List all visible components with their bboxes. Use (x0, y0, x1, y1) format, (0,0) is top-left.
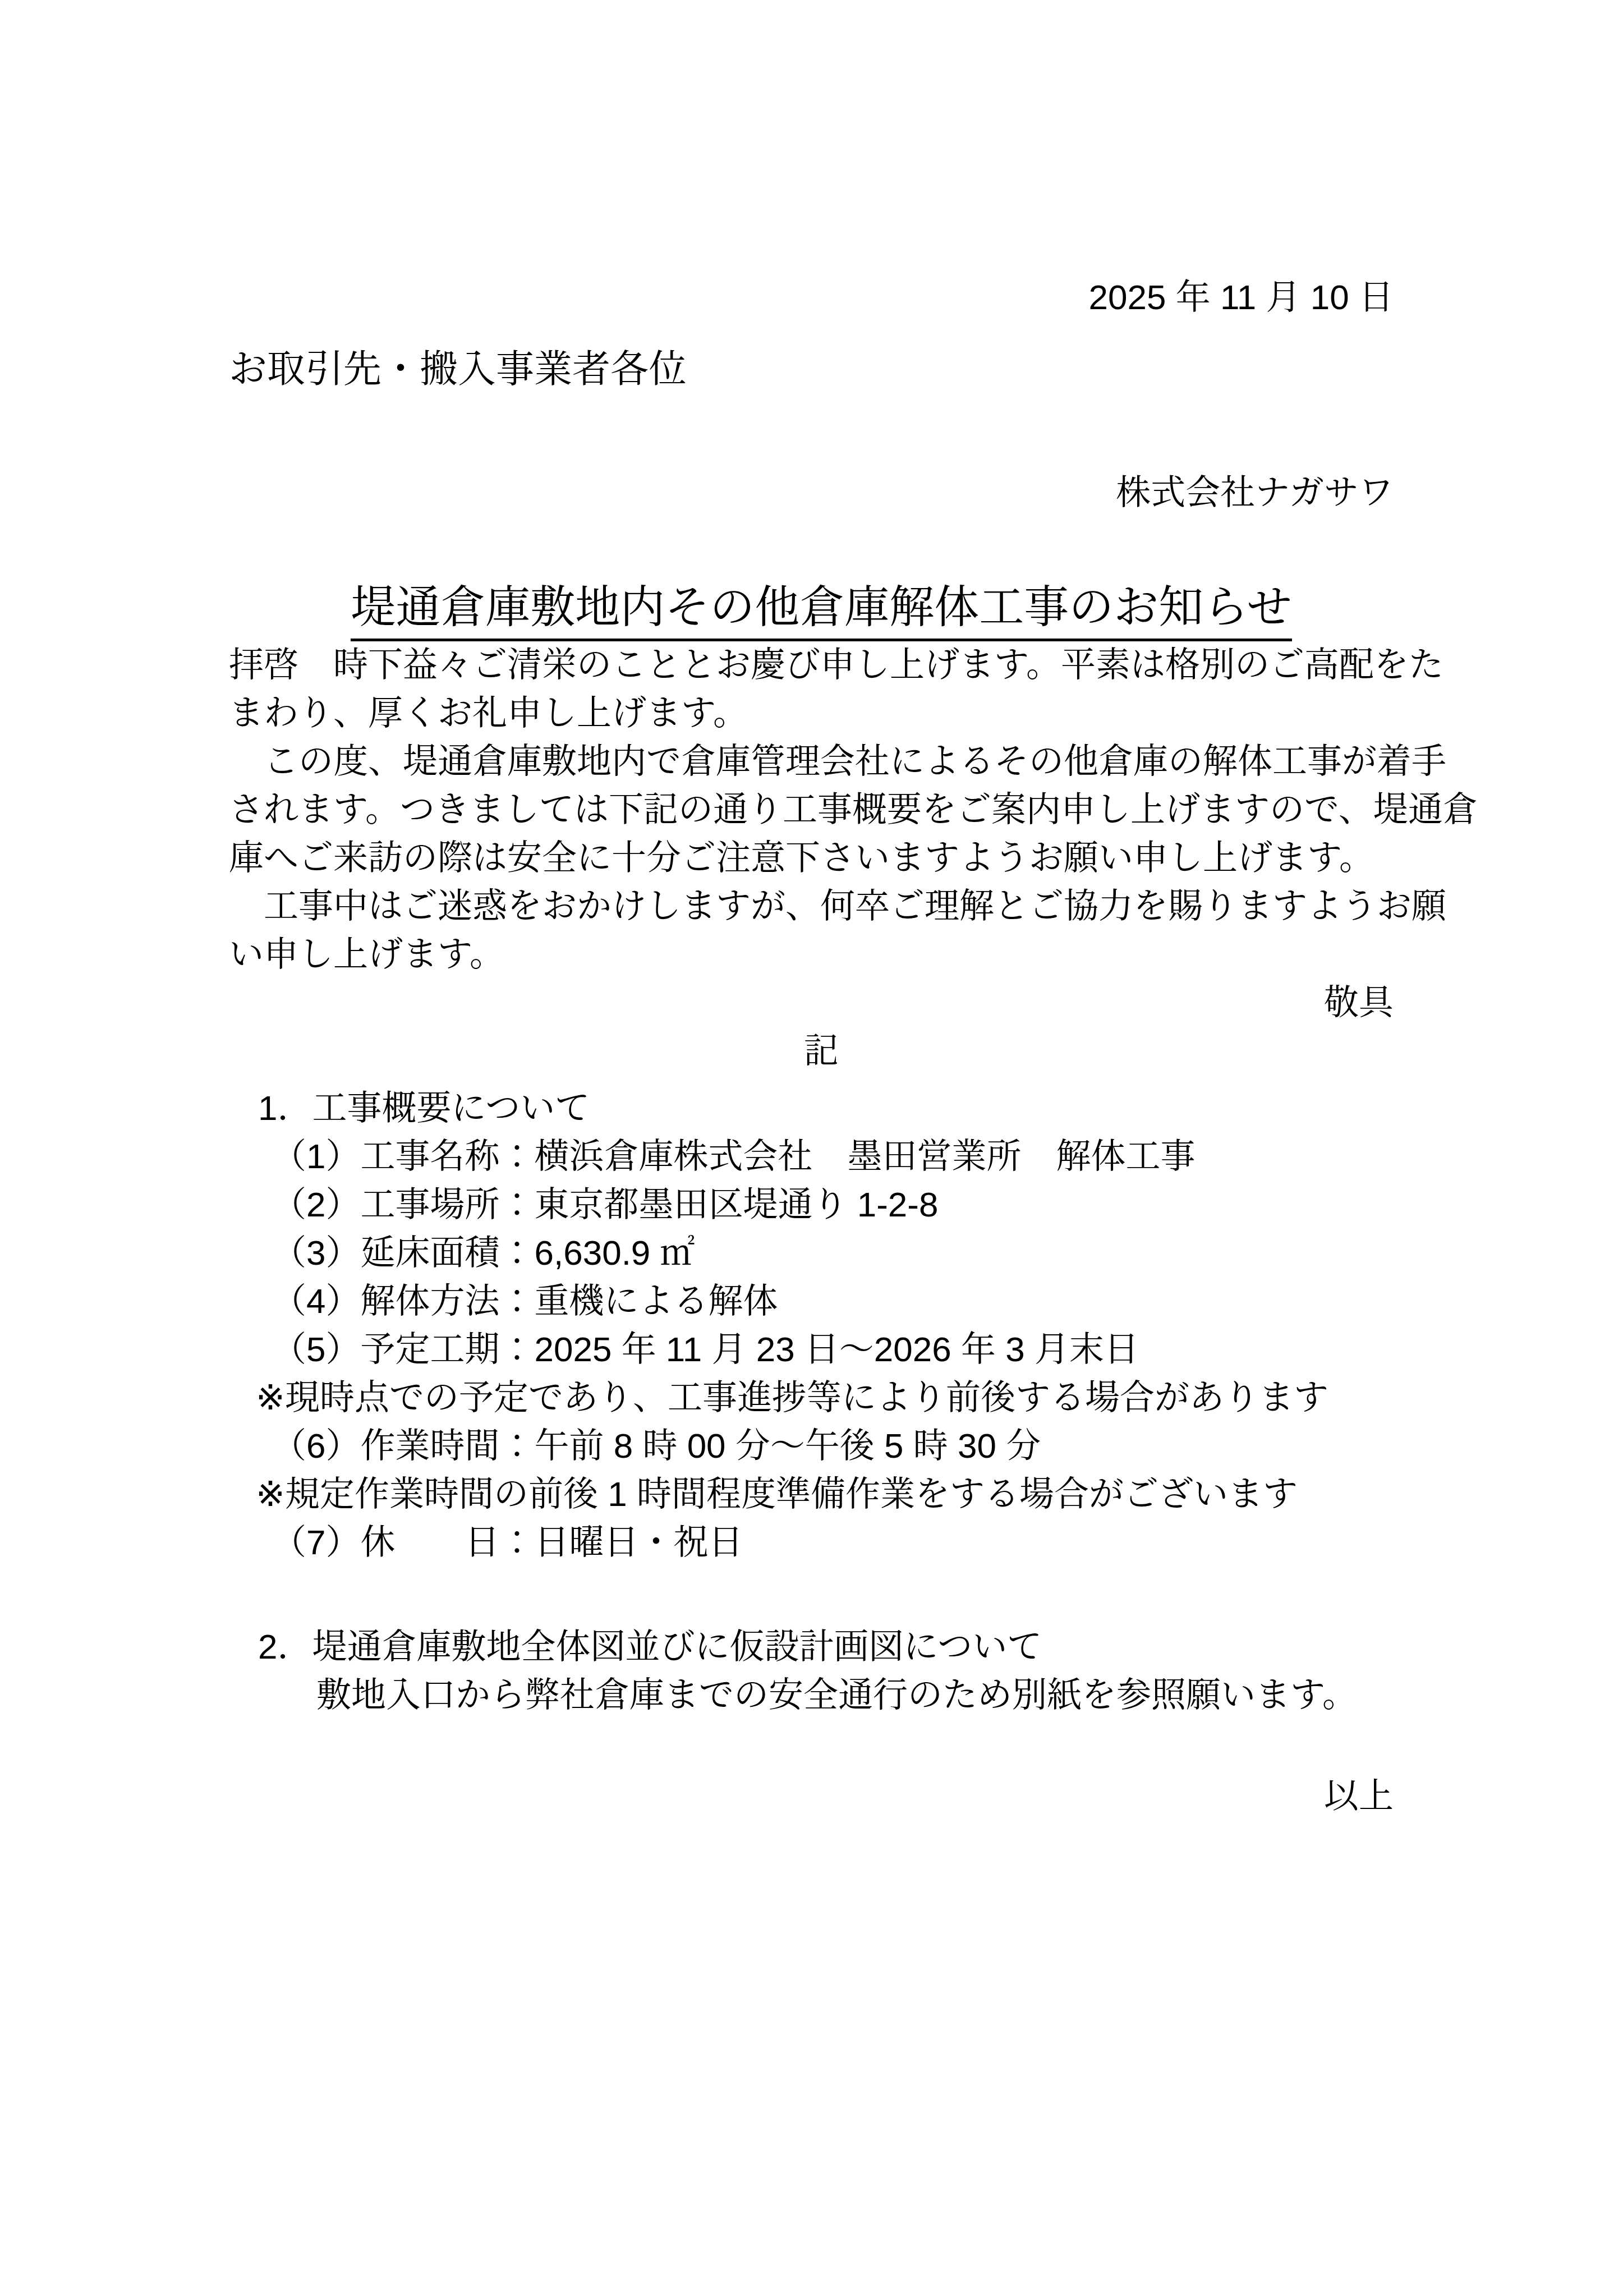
request-paragraph: 工事中はご迷惑をおかけしますが、何卒ご理解とご協力を賜りますようお願い申し上げま… (229, 883, 1414, 979)
section2-body: 敷地入口から弊社倉庫までの安全通行のため別紙を参照願います。 (229, 1672, 1414, 1720)
work-overview-items: （1）工事名称：横浜倉庫株式会社 墨田営業所 解体工事（2）工事場所：東京都墨田… (229, 1133, 1414, 1567)
greeting-line: まわり、厚くお礼申し上げます。 (229, 690, 1414, 738)
work-overview-item: （5）予定工期：2025 年 11 月 23 日～2026 年 3 月末日 (229, 1326, 1414, 1374)
request-line: 工事中はご迷惑をおかけしますが、何卒ご理解とご協力を賜りますようお願 (229, 883, 1414, 931)
addressee-line: お取引先・搬入事業者各位 (229, 342, 1414, 396)
greeting-paragraph: 拝啓 時下益々ご清栄のこととお慶び申し上げます。平素は格別のご高配をたまわり、厚… (229, 641, 1414, 738)
section-work-overview: 1．工事概要について （1）工事名称：横浜倉庫株式会社 墨田営業所 解体工事（2… (229, 1085, 1414, 1567)
work-overview-item: （2）工事場所：東京都墨田区堤通り 1-2-8 (229, 1181, 1414, 1229)
announcement-line: 庫へご来訪の際は安全に十分ご注意下さいますようお願い申し上げます。 (229, 834, 1414, 883)
end-marker: 以上 (229, 1772, 1414, 1821)
document-date: 2025 年 11 月 10 日 (229, 274, 1414, 322)
work-overview-item: （3）延床面積：6,630.9 ㎡ (229, 1229, 1414, 1278)
work-overview-item: ※規定作業時間の前後 1 時間程度準備作業をする場合がございます (229, 1471, 1414, 1519)
announcement-paragraph: この度、堤通倉庫敷地内で倉庫管理会社によるその他倉庫の解体工事が着手されます。つ… (229, 738, 1414, 883)
letter-content: 2025 年 11 月 10 日 お取引先・搬入事業者各位 株式会社ナガサワ 堤… (229, 274, 1414, 1821)
work-overview-item: （7）休 日：日曜日・祝日 (229, 1519, 1414, 1567)
document-title: 堤通倉庫敷地内その他倉庫解体工事のお知らせ (351, 581, 1292, 641)
work-overview-item: ※現時点での予定であり、工事進捗等により前後する場合があります (229, 1374, 1414, 1422)
announcement-line: されます。つきましては下記の通り工事概要をご案内申し上げますので、堤通倉 (229, 786, 1414, 834)
work-overview-item: （4）解体方法：重機による解体 (229, 1278, 1414, 1326)
sender-company: 株式会社ナガサワ (229, 469, 1414, 517)
announcement-line: この度、堤通倉庫敷地内で倉庫管理会社によるその他倉庫の解体工事が着手 (229, 738, 1414, 786)
document-page: 2025 年 11 月 10 日 お取引先・搬入事業者各位 株式会社ナガサワ 堤… (0, 0, 1623, 2296)
section-site-plan: 2．堤通倉庫敷地全体図並びに仮設計画図について 敷地入口から弊社倉庫までの安全通… (229, 1623, 1414, 1720)
request-line: い申し上げます。 (229, 931, 1414, 979)
closing-word: 敬具 (229, 979, 1414, 1027)
work-overview-item: （1）工事名称：横浜倉庫株式会社 墨田営業所 解体工事 (229, 1133, 1414, 1181)
work-overview-item: （6）作業時間：午前 8 時 00 分～午後 5 時 30 分 (229, 1422, 1414, 1471)
section1-heading: 1．工事概要について (229, 1085, 1414, 1133)
title-row: 堤通倉庫敷地内その他倉庫解体工事のお知らせ (229, 581, 1414, 641)
record-marker: 記 (229, 1027, 1414, 1076)
section2-heading: 2．堤通倉庫敷地全体図並びに仮設計画図について (229, 1623, 1414, 1672)
greeting-line: 拝啓 時下益々ご清栄のこととお慶び申し上げます。平素は格別のご高配をた (229, 641, 1414, 690)
